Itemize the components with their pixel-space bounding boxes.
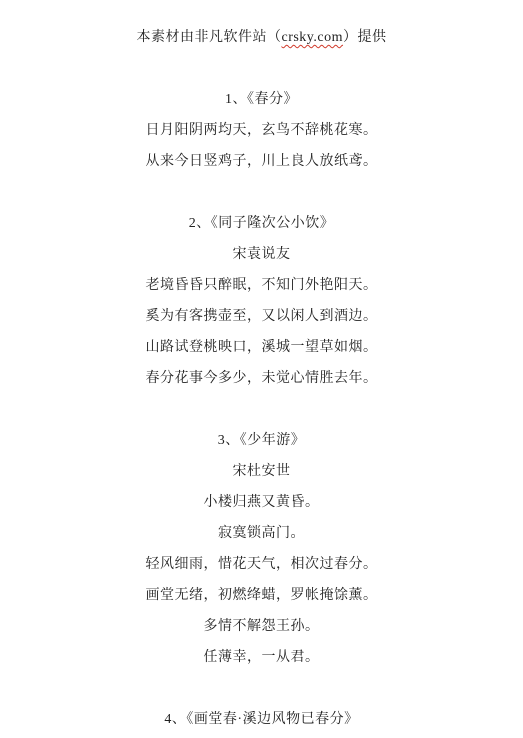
poem-line: 多情不解怨王孙。 [0, 611, 523, 642]
poem-line: 春分花事今多少，未觉心情胜去年。 [0, 363, 523, 394]
document-page: 本素材由非凡软件站（crsky.com）提供 1、《春分》 日月阳阴两均天，玄鸟… [0, 0, 523, 738]
poem-line: 日月阳阴两均天，玄鸟不辞桃花寒。 [0, 115, 523, 146]
poem-line: 任薄幸，一从君。 [0, 642, 523, 673]
header-domain-text: crsky.com [281, 30, 343, 45]
poem-line: 老境昏昏只醉眠，不知门外艳阳天。 [0, 270, 523, 301]
poem-author: 宋袁说友 [0, 239, 523, 270]
poem-line: 奚为有客携壶至，又以闲人到酒边。 [0, 301, 523, 332]
poem-title: 3、《少年游》 [0, 425, 523, 456]
document-header: 本素材由非凡软件站（crsky.com）提供 [0, 22, 523, 53]
poem-line: 小楼归燕又黄昏。 [0, 487, 523, 518]
poem-section-1: 1、《春分》 日月阳阴两均天，玄鸟不辞桃花寒。 从来今日竖鸡子，川上良人放纸鸢。 [0, 84, 523, 177]
poem-line: 从来今日竖鸡子，川上良人放纸鸢。 [0, 146, 523, 177]
poem-title: 2、《同子隆次公小饮》 [0, 208, 523, 239]
poem-section-4: 4、《画堂春·溪边风物已春分》 [0, 704, 523, 735]
poem-line: 山路试登桃映口，溪城一望草如烟。 [0, 332, 523, 363]
poem-line: 寂寞锁高门。 [0, 518, 523, 549]
poem-section-2: 2、《同子隆次公小饮》 宋袁说友 老境昏昏只醉眠，不知门外艳阳天。 奚为有客携壶… [0, 208, 523, 394]
poem-title: 1、《春分》 [0, 84, 523, 115]
poem-title: 4、《画堂春·溪边风物已春分》 [0, 704, 523, 735]
header-suffix: ）提供 [343, 30, 387, 45]
poem-section-3: 3、《少年游》 宋杜安世 小楼归燕又黄昏。 寂寞锁高门。 轻风细雨，惜花天气，相… [0, 425, 523, 673]
poem-line: 画堂无绪，初燃绛蜡，罗帐掩馀薰。 [0, 580, 523, 611]
poem-line: 轻风细雨，惜花天气，相次过春分。 [0, 549, 523, 580]
poem-author: 宋杜安世 [0, 456, 523, 487]
header-prefix: 本素材由非凡软件站（ [136, 30, 281, 45]
